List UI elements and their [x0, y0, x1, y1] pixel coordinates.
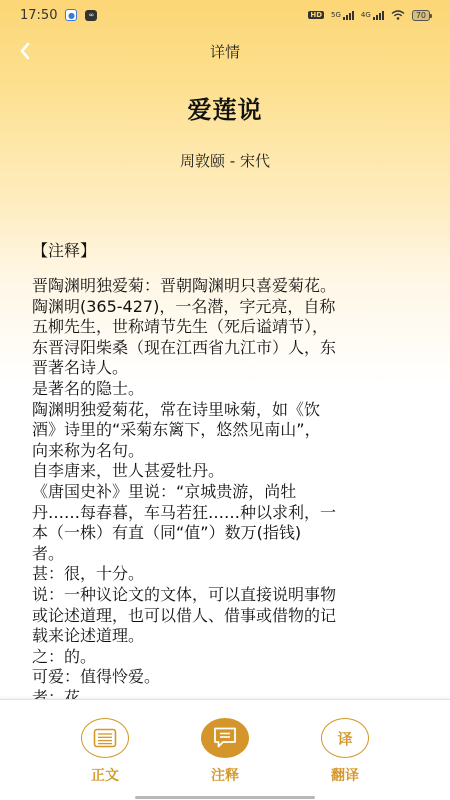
tab-icon-circle: 译 [321, 718, 369, 758]
note-line: 可爱：值得怜爱。 [32, 667, 424, 688]
note-line: 甚：很，十分。 [32, 564, 424, 585]
note-line: 者。 [32, 544, 424, 565]
note-line: 《唐国史补》里说：“京城贵游，尚牡 [32, 482, 424, 503]
signal-4g-icon: 4G [361, 11, 384, 20]
note-line: 酒》诗里的“采菊东篱下，悠然见南山”， [32, 420, 424, 441]
poem-author: 周敦颐 - 宋代 [0, 150, 450, 171]
note-line: 陶渊明独爱菊花，常在诗里咏菊，如《饮 [32, 400, 424, 421]
note-line: 陶渊明(365-427)，一名潜，字元亮，自称 [32, 297, 424, 318]
status-left: 17:50 ● ∞ [20, 8, 97, 23]
poem-title: 爱莲说 [0, 90, 450, 125]
tab-label: 翻译 [331, 765, 359, 785]
status-right: HD 5G 4G 70 [308, 10, 430, 21]
note-line: 说：一种议论文的文体，可以直接说明事物 [32, 585, 424, 606]
status-bar: 17:50 ● ∞ HD 5G 4G 70 [0, 0, 450, 30]
note-line: 是著名的隐士。 [32, 379, 424, 400]
notes-heading: 【注释】 [32, 238, 96, 261]
note-line: 本（一株）有直（同“值”）数万(指钱) [32, 523, 424, 544]
tab-icon-circle-active [201, 718, 249, 758]
chevron-left-icon [19, 42, 31, 60]
note-line: 东晋浔阳柴桑（现在江西省九江市）人，东 [32, 338, 424, 359]
notification-infinity-icon: ∞ [85, 10, 97, 21]
notification-app-icon: ● [65, 9, 77, 21]
signal-5g-icon: 5G [331, 11, 354, 20]
note-line: 自李唐来，世人甚爱牡丹。 [32, 461, 424, 482]
note-line: 载来论述道理。 [32, 626, 424, 647]
bottom-tab-bar: 正文 注释 译 翻译 [0, 699, 450, 800]
tab-translation[interactable]: 译 翻译 [310, 718, 380, 786]
home-indicator[interactable] [135, 796, 315, 799]
hd-icon: HD [308, 11, 324, 19]
comment-icon [212, 726, 238, 750]
tab-annotations[interactable]: 注释 [190, 718, 260, 786]
note-line: 五柳先生，世称靖节先生（死后谥靖节）， [32, 317, 424, 338]
back-button[interactable] [12, 38, 38, 64]
tab-label: 正文 [91, 765, 119, 785]
wifi-icon [391, 10, 405, 20]
page-title: 详情 [210, 41, 240, 62]
note-line: 晋著名诗人。 [32, 358, 424, 379]
tab-label: 注释 [211, 765, 239, 785]
note-line: 向来称为名句。 [32, 441, 424, 462]
note-line: 晋陶渊明独爱菊：晋朝陶渊明只喜爱菊花。 [32, 276, 424, 297]
nav-bar: 详情 [0, 30, 450, 72]
note-line: 丹……每春暮，车马若狂……种以求利，一 [32, 503, 424, 524]
battery-icon: 70 [412, 10, 430, 21]
note-line: 之：的。 [32, 647, 424, 668]
status-time: 17:50 [20, 8, 57, 23]
note-line: 或论述道理，也可以借人、借事或借物的记 [32, 606, 424, 627]
notes-content: 晋陶渊明独爱菊：晋朝陶渊明只喜爱菊花。 陶渊明(365-427)，一名潜，字元亮… [32, 276, 424, 729]
tab-icon-circle [81, 718, 129, 758]
translate-icon: 译 [337, 728, 352, 749]
tab-original-text[interactable]: 正文 [70, 718, 140, 786]
document-list-icon [93, 728, 117, 748]
